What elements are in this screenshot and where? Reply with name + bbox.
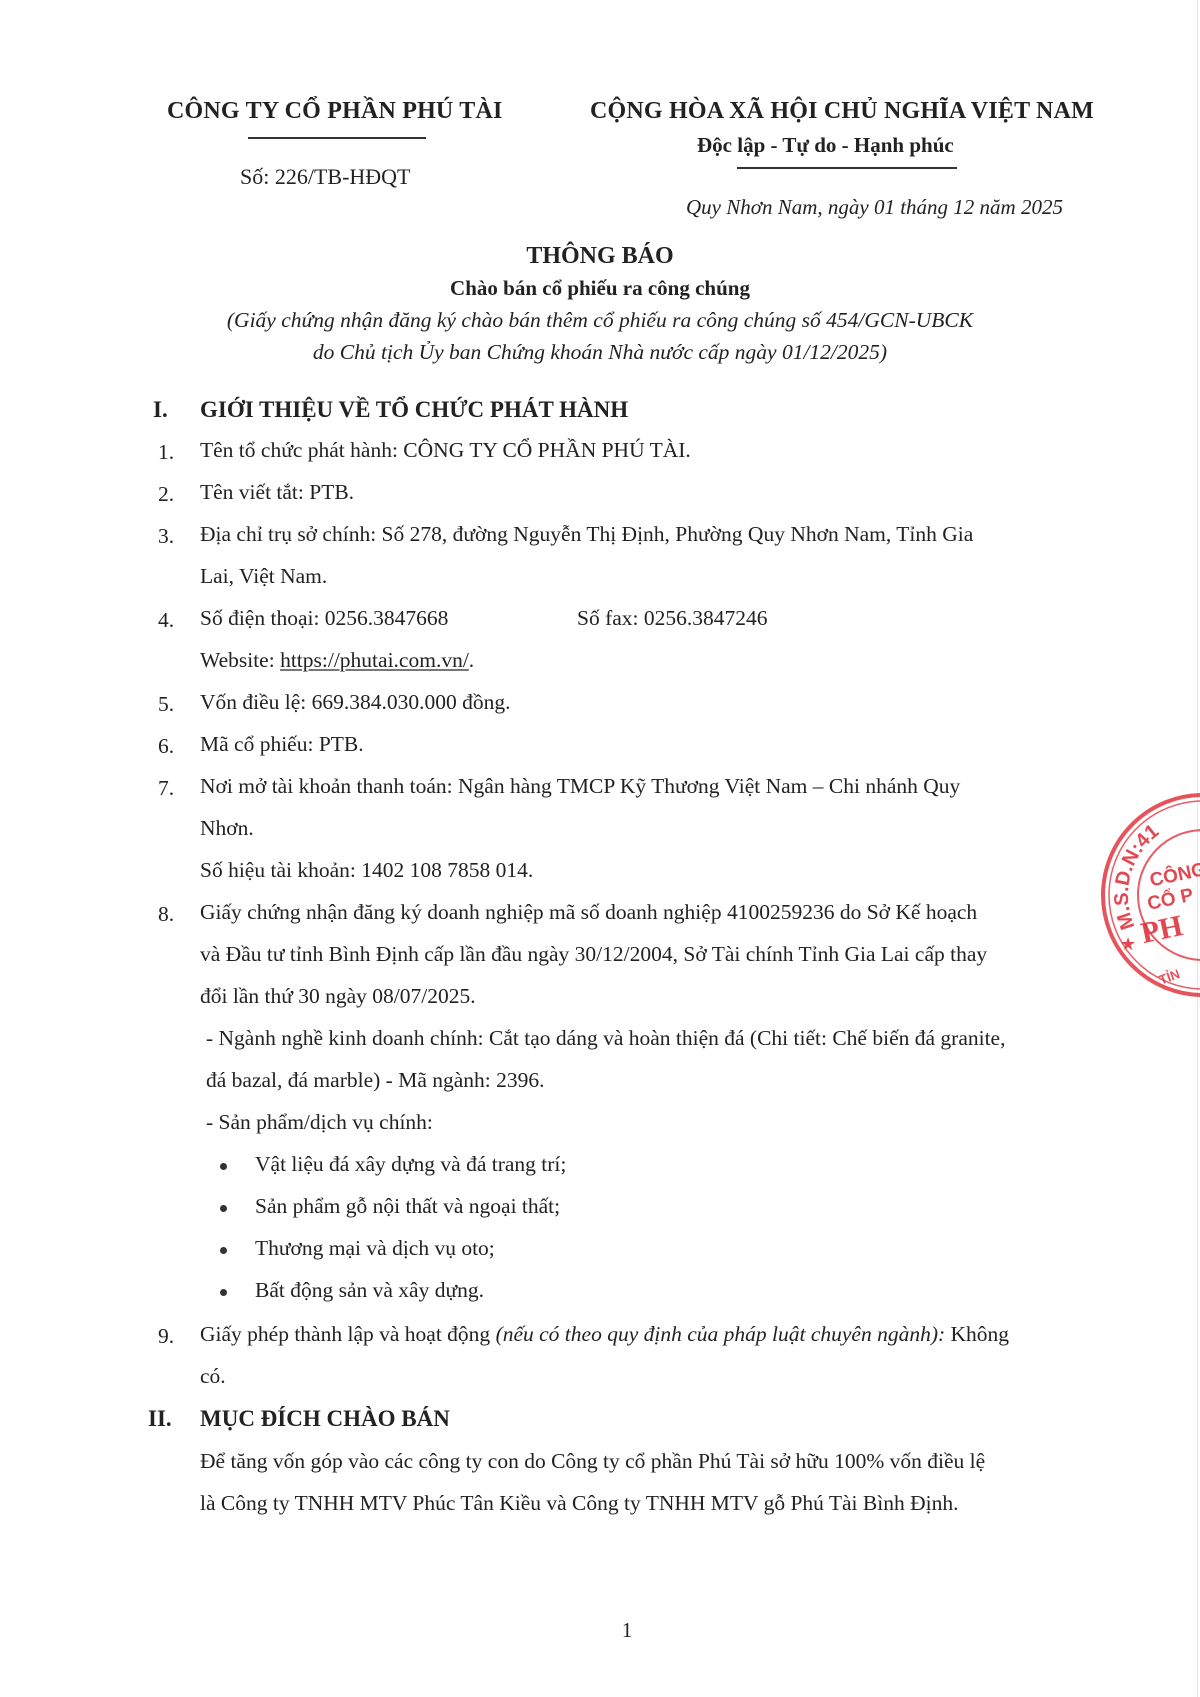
product-item: Sản phẩm gỗ nội thất và ngoại thất; [255, 1196, 560, 1218]
item-9-prefix: Giấy phép thành lập và hoạt động [200, 1322, 496, 1346]
section-2-number: II. [148, 1406, 172, 1432]
product-item: Thương mại và dịch vụ oto; [255, 1238, 495, 1260]
item-3-text-line1: Địa chỉ trụ sở chính: Số 278, đường Nguy… [200, 524, 973, 546]
svg-text:CÔNG: CÔNG [1148, 858, 1200, 891]
item-3-number: 3. [158, 524, 174, 549]
purpose-line-1: Để tăng vốn góp vào các công ty con do C… [200, 1451, 985, 1473]
fax-number: Số fax: 0256.3847246 [577, 608, 768, 630]
item-8-text-line2: và Đầu tư tỉnh Bình Định cấp lần đầu ngà… [200, 944, 987, 966]
item-5-number: 5. [158, 692, 174, 717]
company-name: CÔNG TY CỔ PHẦN PHÚ TÀI [167, 98, 503, 125]
item-2-number: 2. [158, 482, 174, 507]
item-6-text: Mã cổ phiếu: PTB. [200, 734, 364, 756]
item-9-suffix: Không [945, 1322, 1009, 1346]
business-line-2: đá bazal, đá marble) - Mã ngành: 2396. [206, 1070, 545, 1092]
website-period: . [469, 648, 474, 672]
svg-text:PH: PH [1138, 909, 1186, 950]
place-date: Quy Nhơn Nam, ngày 01 tháng 12 năm 2025 [686, 197, 1063, 218]
national-motto: Độc lập - Tự do - Hạnh phúc [697, 133, 954, 158]
item-7-text-line1: Nơi mở tài khoản thanh toán: Ngân hàng T… [200, 776, 960, 798]
item-9-text-line1: Giấy phép thành lập và hoạt động (nếu có… [200, 1324, 1009, 1346]
account-number: Số hiệu tài khoản: 1402 108 7858 014. [200, 860, 533, 882]
item-8-text-line3: đổi lần thứ 30 ngày 08/07/2025. [200, 986, 476, 1008]
item-8-text-line1: Giấy chứng nhận đăng ký doanh nghiệp mã … [200, 902, 977, 924]
document-number: Số: 226/TB-HĐQT [240, 166, 411, 188]
notice-title: THÔNG BÁO [0, 243, 1200, 270]
company-underline [248, 137, 426, 139]
item-9-italic-note: (nếu có theo quy định của pháp luật chuy… [496, 1322, 946, 1346]
item-1-text: Tên tổ chức phát hành: CÔNG TY CỔ PHẦN P… [200, 440, 691, 462]
section-1-title: GIỚI THIỆU VỀ TỔ CHỨC PHÁT HÀNH [200, 397, 628, 423]
item-5-text: Vốn điều lệ: 669.384.030.000 đồng. [200, 692, 511, 714]
bullet-icon [220, 1289, 227, 1296]
bullet-icon [220, 1247, 227, 1254]
purpose-line-2: là Công ty TNHH MTV Phúc Tân Kiều và Côn… [200, 1493, 958, 1515]
website-link[interactable]: https://phutai.com.vn/ [280, 648, 469, 672]
products-heading: - Sản phẩm/dịch vụ chính: [206, 1112, 433, 1134]
product-item: Vật liệu đá xây dựng và đá trang trí; [255, 1154, 566, 1176]
notice-subtitle: Chào bán cổ phiếu ra công chúng [0, 276, 1200, 301]
product-item: Bất động sản và xây dựng. [255, 1280, 484, 1302]
bullet-icon [220, 1163, 227, 1170]
item-1-number: 1. [158, 440, 174, 465]
business-line-1: - Ngành nghề kinh doanh chính: Cắt tạo d… [206, 1028, 1005, 1050]
company-seal-stamp: M.S.D.N:41 CÔNG CỔ P PH ★ TỈN [1098, 790, 1200, 1000]
item-2-text: Tên viết tắt: PTB. [200, 482, 354, 504]
item-7-number: 7. [158, 776, 174, 801]
page-number: 1 [0, 1620, 1200, 1641]
certificate-note-line1: (Giấy chứng nhận đăng ký chào bán thêm c… [0, 308, 1200, 333]
item-7-text-line2: Nhơn. [200, 818, 254, 840]
website-label: Website: [200, 648, 280, 672]
item-4-number: 4. [158, 608, 174, 633]
svg-text:TỈN: TỈN [1157, 966, 1182, 987]
section-2-title: MỤC ĐÍCH CHÀO BÁN [200, 1406, 450, 1432]
national-title: CỘNG HÒA XÃ HỘI CHỦ NGHĨA VIỆT NAM [590, 98, 1094, 125]
item-3-text-line2: Lai, Việt Nam. [200, 566, 327, 588]
bullet-icon [220, 1205, 227, 1212]
motto-underline [737, 167, 957, 169]
certificate-note-line2: do Chủ tịch Ủy ban Chứng khoán Nhà nước … [0, 340, 1200, 365]
svg-text:★: ★ [1120, 934, 1136, 955]
section-1-number: I. [153, 397, 168, 423]
item-9-number: 9. [158, 1324, 174, 1349]
website-line: Website: https://phutai.com.vn/. [200, 650, 474, 672]
item-8-number: 8. [158, 902, 174, 927]
phone-number: Số điện thoại: 0256.3847668 [200, 608, 448, 630]
item-6-number: 6. [158, 734, 174, 759]
item-9-text-line2: có. [200, 1366, 226, 1388]
